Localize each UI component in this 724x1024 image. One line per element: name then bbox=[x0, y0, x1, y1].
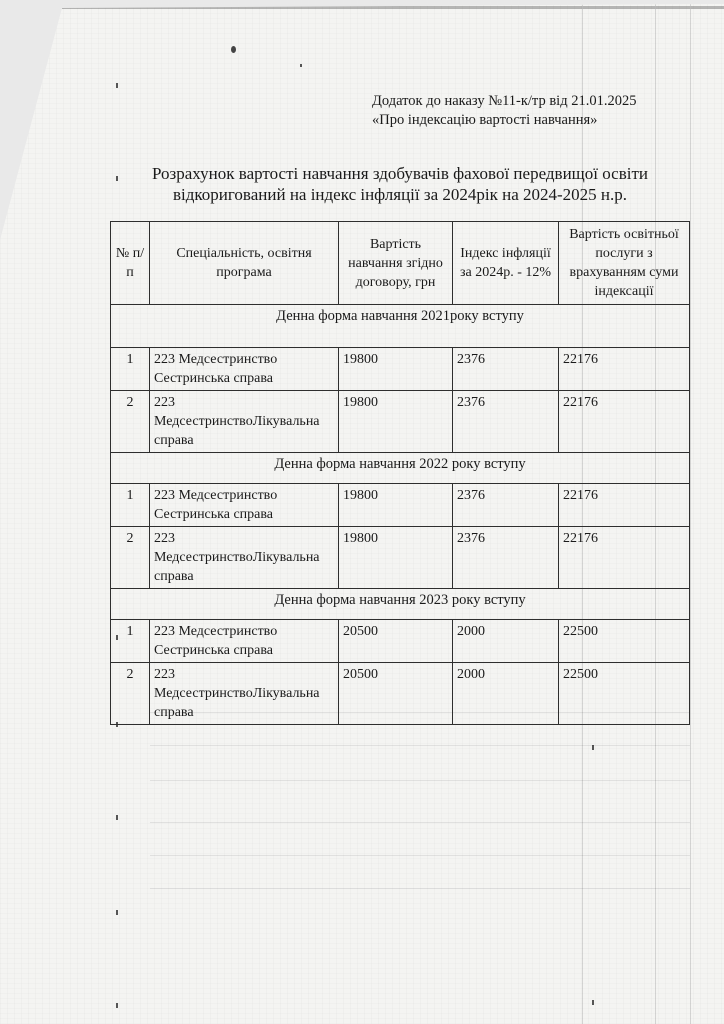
tuition-table: № п/п Спеціальність, освітня програма Ва… bbox=[110, 221, 690, 725]
scan-speck bbox=[231, 46, 236, 53]
row-program: 223 МедсестринствоЛікувальна справа bbox=[150, 663, 339, 725]
page-top-edge bbox=[62, 6, 724, 9]
row-index: 2376 bbox=[453, 391, 559, 453]
section-title: Денна форма навчання 2021року вступу bbox=[111, 305, 690, 348]
header-program: Спеціальність, освітня програма bbox=[150, 222, 339, 305]
scan-speck bbox=[116, 1003, 118, 1008]
row-total: 22176 bbox=[559, 527, 690, 589]
document-title-line1: Розрахунок вартості навчання здобувачів … bbox=[110, 163, 690, 184]
section-title: Денна форма навчання 2023 року вступу bbox=[111, 589, 690, 620]
order-reference-line1: Додаток до наказу №11-к/тр від 21.01.202… bbox=[372, 92, 636, 111]
table-row: 2 223 МедсестринствоЛікувальна справа 19… bbox=[111, 391, 690, 453]
scan-speck bbox=[116, 815, 118, 820]
row-index: 2000 bbox=[453, 663, 559, 725]
row-total: 22176 bbox=[559, 348, 690, 391]
row-cost: 20500 bbox=[339, 620, 453, 663]
table-row: 1 223 Медсестринство Сестринська справа … bbox=[111, 348, 690, 391]
section-header-row: Денна форма навчання 2023 року вступу bbox=[111, 589, 690, 620]
row-cost: 19800 bbox=[339, 391, 453, 453]
row-cost: 19800 bbox=[339, 527, 453, 589]
row-index: 2376 bbox=[453, 527, 559, 589]
header-number: № п/п bbox=[111, 222, 150, 305]
header-total: Вартість освітньої послуги з врахуванням… bbox=[559, 222, 690, 305]
header-inflation-index: Індекс інфляції за 2024р. - 12% bbox=[453, 222, 559, 305]
table-row: 1 223 Медсестринство Сестринська справа … bbox=[111, 484, 690, 527]
bleed-through bbox=[150, 780, 690, 781]
row-number: 2 bbox=[111, 391, 150, 453]
row-total: 22176 bbox=[559, 484, 690, 527]
table-row: 1 223 Медсестринство Сестринська справа … bbox=[111, 620, 690, 663]
row-number: 2 bbox=[111, 527, 150, 589]
scan-speck bbox=[116, 910, 118, 915]
row-number: 1 bbox=[111, 620, 150, 663]
row-program: 223 Медсестринство Сестринська справа bbox=[150, 348, 339, 391]
row-program: 223 МедсестринствоЛікувальна справа bbox=[150, 391, 339, 453]
section-title: Денна форма навчання 2022 року вступу bbox=[111, 453, 690, 484]
section-header-row: Денна форма навчання 2022 року вступу bbox=[111, 453, 690, 484]
row-index: 2376 bbox=[453, 484, 559, 527]
document-title: Розрахунок вартості навчання здобувачів … bbox=[110, 163, 690, 205]
bleed-through bbox=[150, 745, 690, 746]
bleed-through bbox=[150, 855, 690, 856]
row-program: 223 МедсестринствоЛікувальна справа bbox=[150, 527, 339, 589]
scan-artifact-line bbox=[690, 0, 691, 1024]
row-total: 22500 bbox=[559, 620, 690, 663]
section-header-row: Денна форма навчання 2021року вступу bbox=[111, 305, 690, 348]
row-number: 1 bbox=[111, 484, 150, 527]
row-total: 22500 bbox=[559, 663, 690, 725]
table-row: 2 223 МедсестринствоЛікувальна справа 19… bbox=[111, 527, 690, 589]
document-title-line2: відкоригований на індекс інфляції за 202… bbox=[110, 184, 690, 205]
table-row: 2 223 МедсестринствоЛікувальна справа 20… bbox=[111, 663, 690, 725]
header-cost: Вартість навчання згідно договору, грн bbox=[339, 222, 453, 305]
row-total: 22176 bbox=[559, 391, 690, 453]
row-index: 2376 bbox=[453, 348, 559, 391]
row-cost: 20500 bbox=[339, 663, 453, 725]
scan-speck bbox=[300, 64, 302, 67]
row-program: 223 Медсестринство Сестринська справа bbox=[150, 620, 339, 663]
scan-speck bbox=[116, 83, 118, 88]
bleed-through bbox=[150, 888, 690, 889]
bleed-through bbox=[150, 822, 690, 823]
table-header-row: № п/п Спеціальність, освітня програма Ва… bbox=[111, 222, 690, 305]
order-reference: Додаток до наказу №11-к/тр від 21.01.202… bbox=[372, 92, 636, 130]
row-index: 2000 bbox=[453, 620, 559, 663]
row-number: 2 bbox=[111, 663, 150, 725]
row-cost: 19800 bbox=[339, 484, 453, 527]
row-program: 223 Медсестринство Сестринська справа bbox=[150, 484, 339, 527]
row-cost: 19800 bbox=[339, 348, 453, 391]
row-number: 1 bbox=[111, 348, 150, 391]
order-reference-line2: «Про індексацію вартості навчання» bbox=[372, 111, 636, 130]
scan-speck bbox=[592, 1000, 594, 1005]
